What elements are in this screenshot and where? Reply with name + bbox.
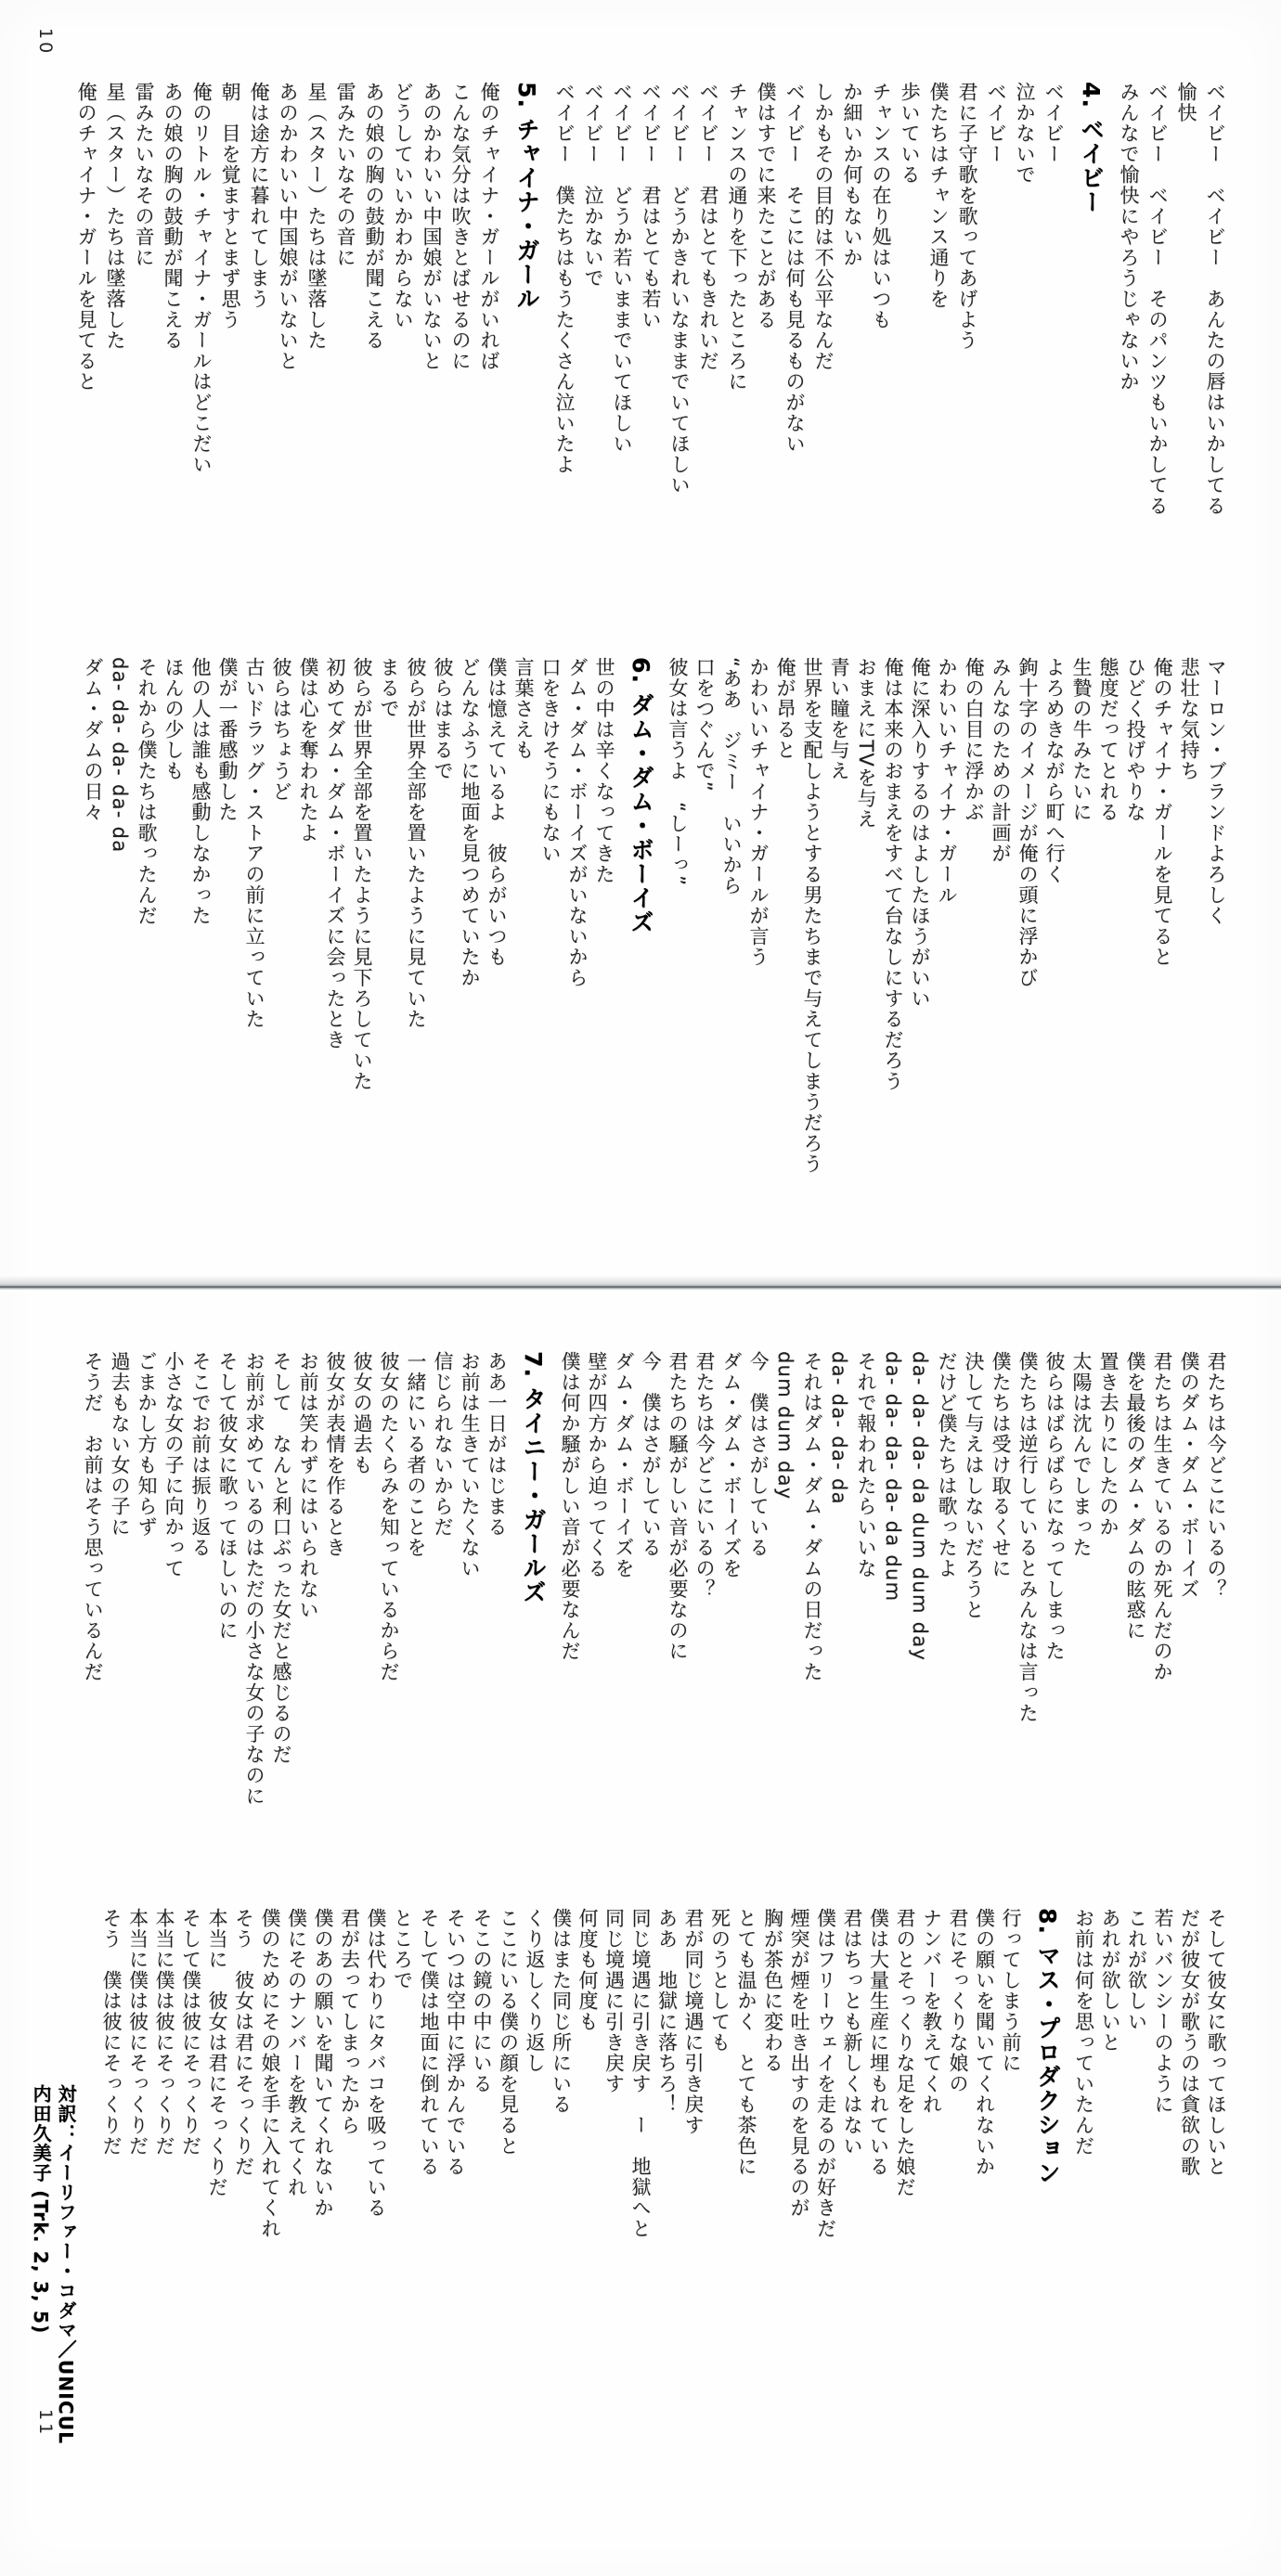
lyric-line: ダム・ダム・ボーイズを <box>610 1351 637 1807</box>
lyric-line: ベイビー 君はとても若い <box>636 82 665 516</box>
lyric-line: どうしていいかわからない <box>388 82 417 516</box>
lyric-line: 本当に僕は彼にそっくりだ <box>151 1908 178 2239</box>
lyric-line: 俺のチャイナ・ガールがいれば <box>474 82 503 516</box>
lyric-line: ああ一日がはじまる <box>483 1351 510 1807</box>
lyric-line: 君にそっくりな娘の <box>945 1908 972 2239</box>
lyric-line: そこでお前は振り返る <box>187 1351 213 1807</box>
lyric-line: ベイビー どうか若いままでいてほしい <box>607 82 636 516</box>
lyric-line: 初めてダム・ダム・ボーイズに会ったとき <box>321 657 348 1175</box>
lyric-line: 鉤十字のイメージが俺の頭に浮かび <box>1014 657 1041 1175</box>
lyric-line: あの娘の胸の鼓動が聞こえる <box>359 82 388 516</box>
lyric-line: 君たちは生きているのか死んだのか <box>1148 1351 1175 1807</box>
lyric-line: 同じ境遇に引き戻す <box>601 1908 628 2239</box>
lyric-line: 君が去ってしまったから <box>336 1908 363 2239</box>
credit-line: 内田久美子 (Trk. 2, 3, 5) <box>28 2084 53 2444</box>
lyric-line: こんな気分は吹きとばせるのに <box>446 82 474 516</box>
lyric-line: ベイビー 君はとてもきれいだ <box>693 82 722 516</box>
lyric-line: 壁が四方から迫ってくる <box>583 1351 610 1807</box>
lyric-line: そして僕は彼にそっくりだ <box>177 1908 204 2239</box>
lyric-line: しかもその目的は不公平なんだ <box>809 82 837 516</box>
lyric-line: 僕のためにその娘を手に入れてくれ <box>257 1908 284 2239</box>
lyric-line: 同じ境遇に引き戻す ー 地獄へと <box>628 1908 654 2239</box>
lyric-line: 僕は何か騒がしい音が必要なんだ <box>556 1351 583 1807</box>
lyric-line: ベイビー 僕たちはもうたくさん泣いたよ <box>550 82 578 516</box>
lyric-line: dum dum day <box>771 1351 798 1807</box>
lyric-line: そう 彼女は君にそっくりだ <box>230 1908 257 2239</box>
lyric-line: ベイビー そこには何も見るものがない <box>780 82 809 516</box>
lyric-line: ダム・ダム・ボーイズがいないから <box>563 657 590 1175</box>
lyric-line: 決して与えはしないだろうと <box>960 1351 987 1807</box>
lyric-line: そして彼女に歌ってほしいのに <box>213 1351 240 1807</box>
lyric-line: ごまかし方も知らず <box>133 1351 160 1807</box>
lyric-line: 君たちの騒がしい音が必要なのに <box>664 1351 691 1807</box>
lyric-line: 彼女の過去も <box>348 1351 375 1807</box>
lyric-line: 僕は憶えているよ 彼らがいつも <box>483 657 510 1175</box>
lyric-line: 僕のあの願いを聞いてくれないか <box>310 1908 337 2239</box>
lyric-line: ベイビー <box>1039 82 1067 516</box>
lyric-line: ひどく投げやりな <box>1121 657 1148 1175</box>
lyric-line: 僕が一番感動した <box>213 657 240 1175</box>
booklet-scan: 10 ベイビー ベイビー あんたの唇はいかしてる愉快ベイビー ベイビー そのパン… <box>0 0 1281 2576</box>
lyric-line: 雷みたいなその音に <box>129 82 158 516</box>
lyric-line: 俺は本来のおまえをすべて台なしにするだろう <box>879 657 906 1175</box>
lyric-line: 信じられないからだ <box>429 1351 456 1807</box>
lyric-line: ダム・ダムの日々 <box>79 657 106 1175</box>
lyric-line: 俺のチャイナ・ガールを見てると <box>1148 657 1175 1175</box>
lyric-line: 口をきけそうにもない <box>537 657 563 1175</box>
lyric-line: 本当に 彼女は君にそっくりだ <box>204 1908 231 2239</box>
lyric-line: 俺のチャイナ・ガールを見てると <box>71 82 100 516</box>
song-title: 4. ベイビー <box>1075 82 1106 516</box>
lyric-line: お前は生きていたくない <box>456 1351 483 1807</box>
lyric-line: ベイビー <box>981 82 1010 516</box>
lyric-line: 行ってしまう前に <box>998 1908 1025 2239</box>
lyric-line: 君たちは今どこにいるの？ <box>691 1351 718 1807</box>
lyric-line: あのかわいい中国娘がいないと <box>417 82 446 516</box>
lyric-line: 雷みたいなその音に <box>330 82 359 516</box>
lyric-line: 歩いている <box>895 82 924 516</box>
lyric-line: おまえにTVを与え <box>852 657 879 1175</box>
lyric-line: 星（スター）たちは墜落した <box>100 82 129 516</box>
lyric-line: 世界を支配しようとする男たちまで与えてしまうだろう <box>798 657 825 1175</box>
lyric-line: 古いドラッグ・ストアの前に立っていた <box>240 657 267 1175</box>
page-11: 君たちは今どこにいるの？僕のダム・ダム・ボーイズ君たちは生きているのか死んだのか… <box>0 1292 1281 2576</box>
lyric-line: ダム・ダム・ボーイズを <box>718 1351 744 1807</box>
lyric-line: 生贄の牛みたいに <box>1067 657 1094 1175</box>
lyric-line: 過去もない女の子に <box>106 1351 133 1807</box>
lyric-line: それはダム・ダム・ダムの日だった <box>798 1351 825 1807</box>
lyric-line: くり返しくり返し <box>522 1908 549 2239</box>
lyric-line: 他の人は誰も感動しなかった <box>187 657 213 1175</box>
lyric-line: 僕はフリーウェイを走るのが好きだ <box>812 1908 839 2239</box>
lyric-line: まるで <box>375 657 402 1175</box>
song-title: 6. ダム・ダム・ボーイズ <box>625 657 656 1175</box>
lyric-line: そうだ お前はそう思っているんだ <box>79 1351 106 1807</box>
lyric-line: チャンスの在り処はいつも <box>866 82 895 516</box>
lyric-line: 僕にそのナンバーを教えてくれ <box>283 1908 310 2239</box>
lyric-line: 僕たちは受け取るくせに <box>987 1351 1014 1807</box>
page-number-11: 11 <box>35 2409 56 2437</box>
credit-line: 対訳：イーリファー・コダマ／UNICUL <box>53 2084 78 2444</box>
lyric-line: とても温かく とても茶色に <box>733 1908 760 2239</box>
lyric-line: かわいいチャイナ・ガールが言う <box>744 657 771 1175</box>
lyric-line: だが彼女が歌うのは貪欲の歌 <box>1176 1908 1203 2239</box>
lyric-line: 彼女のたくらみを知っているからだ <box>375 1351 402 1807</box>
song-title: 7. タイニー・ガールズ <box>517 1351 549 1807</box>
lyric-line: 僕のダム・ダム・ボーイズ <box>1175 1351 1202 1807</box>
lyric-line: あの娘の胸の鼓動が聞こえる <box>158 82 187 516</box>
translation-credits: 対訳：イーリファー・コダマ／UNICUL内田久美子 (Trk. 2, 3, 5) <box>28 2084 78 2444</box>
lyric-line: 彼らはばらばらになってしまった <box>1041 1351 1067 1807</box>
song-title: 8. マス・プロダクション <box>1031 1908 1063 2239</box>
lyric-line: 僕は代わりにタバコを吸っている <box>363 1908 390 2239</box>
lyric-line: 君に子守歌を歌ってあげよう <box>952 82 981 516</box>
lyric-line: ベイビー ベイビー そのパンツもいかしてる <box>1143 82 1171 516</box>
lyric-line: 態度だってとれる <box>1094 657 1121 1175</box>
lyric-line: 今 僕はさがしている <box>637 1351 664 1807</box>
lyric-line: どんなふうに地面を見つめていたか <box>456 657 483 1175</box>
page-10: 10 ベイビー ベイビー あんたの唇はいかしてる愉快ベイビー ベイビー そのパン… <box>0 0 1281 1275</box>
lyric-line: 僕は心を奪われたよ <box>294 657 321 1175</box>
lyric-line: 愉快 <box>1171 82 1200 516</box>
lyric-line: みんなで愉快にやろうじゃないか <box>1114 82 1143 516</box>
lyric-line: これが欲しい <box>1123 1908 1150 2239</box>
lyric-line: みんなのための計画が <box>987 657 1014 1175</box>
lyric-line: お前が求めているのはただの小さな女の子なのに <box>240 1351 267 1807</box>
lyric-line: それから僕たちは歌ったんだ <box>133 657 160 1175</box>
lyric-line: ああ 地獄に落ちろ！ <box>653 1908 680 2239</box>
lyric-line: 泣かないで <box>1010 82 1039 516</box>
page10-upper-column-block: ベイビー ベイビー あんたの唇はいかしてる愉快ベイビー ベイビー そのパンツもい… <box>71 82 1229 516</box>
lyric-line: 僕たちはチャンス通りを <box>924 82 952 516</box>
lyric-line: 僕たちは逆行しているとみんなは言った <box>1014 1351 1041 1807</box>
lyric-line: ベイビー 泣かないで <box>578 82 607 516</box>
lyric-line: 一緒にいる者のことを <box>402 1351 429 1807</box>
lyric-line: そして なんと利口ぶった女だと感じるのだ <box>267 1351 294 1807</box>
lyric-line: 青い瞳を与え <box>825 657 852 1175</box>
lyric-line: 朝 目を覚ますとまず思う <box>215 82 244 516</box>
lyric-line: それで報われたらいいな <box>852 1351 879 1807</box>
lyric-line: 俺のリトル・チャイナ・ガールはどこだい <box>187 82 215 516</box>
lyric-line: だけど僕たちは歌ったよ <box>933 1351 960 1807</box>
lyric-line: 彼らはまるで <box>429 657 456 1175</box>
lyric-line: 俺は途方に暮れてしまう <box>244 82 273 516</box>
lyric-line: そして彼女に歌ってほしいと <box>1203 1908 1230 2239</box>
lyric-line: そいつは空中に浮かんでいる <box>442 1908 469 2239</box>
lyric-line: ベイビー どうかきれいなままでいてほしい <box>665 82 693 516</box>
page11-upper-column-block: 君たちは今どこにいるの？僕のダム・ダム・ボーイズ君たちは生きているのか死んだのか… <box>79 1351 1229 1807</box>
lyric-line: ほんの少しも <box>160 657 187 1175</box>
page10-lower-column-block: マーロン・ブランドよろしく悲壮な気持ち俺のチャイナ・ガールを見てるとひどく投げや… <box>79 657 1229 1175</box>
lyric-line: 星（スター）たちは墜落した <box>302 82 330 516</box>
lyric-line: 死のうとしても <box>706 1908 733 2239</box>
lyric-line: チャンスの通りを下ったところに <box>722 82 751 516</box>
lyric-line: 煙突が煙を吐き出すのを見るのが <box>786 1908 813 2239</box>
lyric-line: 僕はすでに来たことがある <box>751 82 780 516</box>
lyric-line: 若いバンシーのように <box>1150 1908 1177 2239</box>
lyric-line: そこの鏡の中にいる <box>469 1908 496 2239</box>
lyric-line: そして僕は地面に倒れている <box>416 1908 443 2239</box>
lyric-line: 太陽は沈んでしまった <box>1067 1351 1094 1807</box>
lyric-line: 置き去りにしたのか <box>1094 1351 1121 1807</box>
lyric-line: ここにいる僕の顔を見ると <box>495 1908 522 2239</box>
lyric-line: “ああ ジミー いいから <box>718 657 744 1175</box>
lyric-line: あのかわいい中国娘がいないと <box>273 82 302 516</box>
lyric-line: 君はちっとも新しくはない <box>839 1908 866 2239</box>
lyric-line: 本当に僕は彼にそっくりだ <box>124 1908 151 2239</box>
lyric-line: 僕はまた同じ所にいる <box>548 1908 575 2239</box>
page-fold-seam <box>0 1275 1281 1292</box>
lyric-line: ナンバーを教えてくれ <box>918 1908 945 2239</box>
lyric-line: 言葉さえも <box>510 657 537 1175</box>
lyric-line: 俺の白目に浮かぶ <box>960 657 987 1175</box>
song-title: 5. チャイナ・ガール <box>511 82 542 516</box>
lyric-line: よろめきながら町へ行く <box>1041 657 1067 1175</box>
lyric-line: da- da- da- da <box>825 1351 852 1807</box>
lyric-line: 僕の願いを聞いてくれないか <box>971 1908 998 2239</box>
lyric-line: あれが欲しいと <box>1097 1908 1124 2239</box>
lyric-line: 彼らはちょうど <box>267 657 294 1175</box>
lyric-line: ベイビー ベイビー あんたの唇はいかしてる <box>1200 82 1229 516</box>
lyric-line: か細いか何もないか <box>837 82 866 516</box>
lyric-line: 俺が昂ると <box>771 657 798 1175</box>
lyric-line: 彼女が表情を作るとき <box>321 1351 348 1807</box>
lyric-line: 彼らが世界全部を置いたように見ていた <box>402 657 429 1175</box>
page11-lower-column-block: そして彼女に歌ってほしいとだが彼女が歌うのは貪欲の歌若いバンシーのようにこれが欲… <box>98 1908 1230 2239</box>
lyric-line: 小さな女の子に向かって <box>160 1351 187 1807</box>
lyric-line: マーロン・ブランドよろしく <box>1202 657 1229 1175</box>
lyric-line: 僕を最後のダム・ダムの眩惑に <box>1121 1351 1148 1807</box>
lyric-line: 彼女は言うよ “しーっ” <box>664 657 691 1175</box>
lyric-line: 君たちは今どこにいるの？ <box>1202 1351 1229 1807</box>
page-number-10: 10 <box>35 28 56 56</box>
lyric-line: 君のとそっくりな足をした娘だ <box>892 1908 919 2239</box>
lyric-line: お前は何を思っていたんだ <box>1070 1908 1097 2239</box>
lyric-line: da- da- da- da- da dum <box>879 1351 906 1807</box>
lyric-line: da- da- da- da dum dum day <box>906 1351 933 1807</box>
lyric-line: 胸が茶色に変わる <box>759 1908 786 2239</box>
lyric-line: 世の中は辛くなってきた <box>590 657 617 1175</box>
lyric-line: 今 僕はさがしている <box>744 1351 771 1807</box>
lyric-line: 君が同じ境遇に引き戻す <box>680 1908 707 2239</box>
lyric-line: お前は笑わずにはいられない <box>294 1351 321 1807</box>
lyric-line: 何度も何度も <box>575 1908 602 2239</box>
lyric-line: 僕は大量生産に埋もれている <box>865 1908 892 2239</box>
lyric-line: 俺に深入りするのはよしたほうがいい <box>906 657 933 1175</box>
lyric-line: かわいいチャイナ・ガール <box>933 657 960 1175</box>
lyric-line: 悲壮な気持ち <box>1175 657 1202 1175</box>
lyric-line: そう 僕は彼にそっくりだ <box>98 1908 125 2239</box>
lyric-line: ところで <box>389 1908 416 2239</box>
lyric-line: 彼らが世界全部を置いたように見下ろしていた <box>348 657 375 1175</box>
lyric-line: 口をつぐんで” <box>691 657 718 1175</box>
lyric-line: da- da- da- da- da <box>106 657 133 1175</box>
